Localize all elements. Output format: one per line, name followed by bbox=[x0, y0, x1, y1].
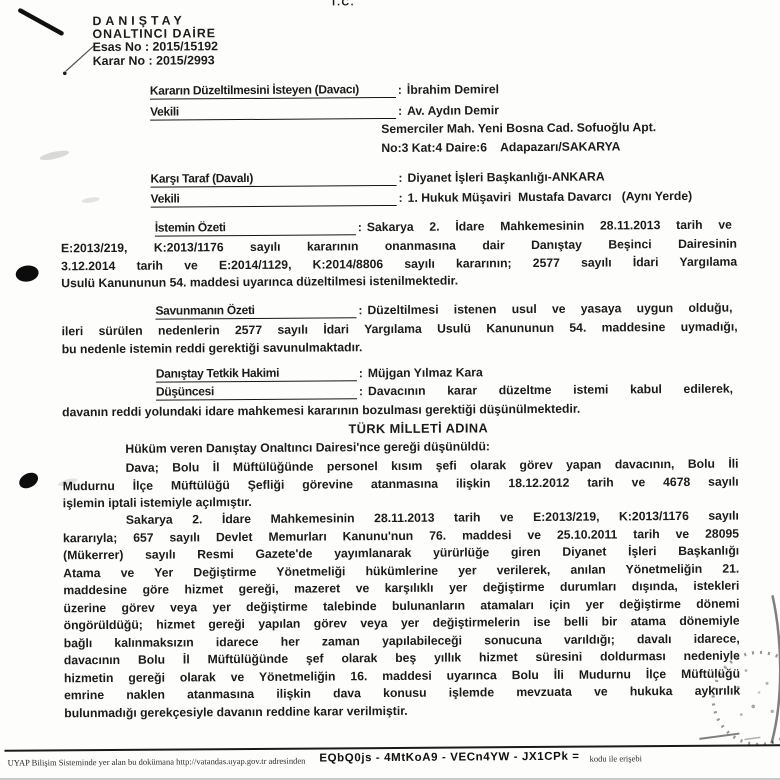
rapporteur-judge-label: Danıştay Tetkik Hakimi bbox=[156, 365, 357, 382]
ruling-intro: Hüküm veren Danıştay Onaltıncı Dairesi'n… bbox=[125, 439, 490, 456]
colon-separator: : bbox=[358, 220, 362, 235]
judge-opinion-first-line: Davacının karar düzeltme istemi kabul ed… bbox=[368, 382, 733, 400]
judge-opinion-label: Düşüncesi bbox=[156, 383, 357, 400]
colon-separator: : bbox=[398, 104, 402, 119]
rapporteur-judge-row: Danıştay Tetkik Hakimi : Müjgan Yılmaz K… bbox=[156, 364, 483, 382]
request-summary-paragraph: E:2013/219, K:2013/1176 sayılı kararının… bbox=[61, 236, 737, 293]
request-summary-first-line: Sakarya 2. İdare Mahkemesinin 28.11.2013… bbox=[367, 218, 732, 236]
stamp-speck bbox=[771, 710, 774, 713]
attorney-label: Vekili bbox=[151, 190, 397, 208]
request-summary-label: İstemin Özeti bbox=[155, 219, 356, 236]
request-summary-row: İstemin Özeti : Sakarya 2. İdare Mahkeme… bbox=[155, 217, 732, 237]
colon-separator: : bbox=[399, 191, 403, 206]
pen-dot-mark bbox=[63, 71, 67, 75]
hole-punch-dot bbox=[16, 470, 40, 492]
court-header: DANIŞTAY ONALTINCI DAİRE Esas No : 2015/… bbox=[92, 14, 218, 68]
defense-summary-paragraph: ileri sürülen nedenlerin 2577 sayılı İda… bbox=[62, 319, 738, 359]
defense-summary-first-line: Düzeltilmesi istenen usul ve yasaya uygu… bbox=[367, 301, 732, 319]
court-decision-paragraph: Sakarya 2. İdare Mahkemesinin 28.11.2013… bbox=[63, 508, 740, 723]
stamp-speck bbox=[766, 682, 769, 685]
attorney-address-line: Semerciler Mah. Yeni Bosna Cad. Sofuoğlu… bbox=[381, 120, 656, 136]
smudge-mark bbox=[81, 196, 100, 204]
page-edge-shadow bbox=[770, 595, 780, 743]
ink-dash-mark bbox=[699, 734, 739, 739]
plaintiff-label: Kararın Düzeltilmesini İsteyen (Davacı) bbox=[150, 82, 396, 100]
uyap-footer: UYAP Bilişim Sisteminde yer alan bu dokü… bbox=[8, 750, 642, 767]
plaintiff-name: İbrahim Demirel bbox=[407, 82, 499, 98]
stamp-speck bbox=[758, 691, 761, 694]
defense-summary-row: Savunmanın Özeti : Düzeltilmesi istenen … bbox=[155, 300, 732, 320]
colon-separator: : bbox=[359, 366, 363, 381]
text-line: Usulü Kanununun 54. maddesi uyarınca düz… bbox=[61, 271, 737, 293]
case-description-paragraph: Dava; Bolu İl Müftülüğünde personel kısı… bbox=[62, 456, 738, 513]
colon-separator: : bbox=[359, 384, 363, 399]
uyap-footer-suffix: kodu ile erişebi bbox=[589, 750, 641, 763]
pen-check-mark bbox=[20, 10, 61, 33]
uyap-footer-prefix: UYAP Bilişim Sisteminde yer alan bu dokü… bbox=[8, 753, 306, 768]
plaintiff-row: Kararın Düzeltilmesini İsteyen (Davacı) … bbox=[150, 81, 499, 99]
colon-separator: : bbox=[358, 303, 362, 318]
attorney-address-line: No:3 Kat:4 Daire:6 Adapazarı/SAKARYA bbox=[381, 139, 620, 155]
uyap-access-codes: EQbQ0js - 4MtKoA9 - VECn4YW - JX1CPk = bbox=[319, 751, 579, 765]
plaintiff-attorney-row: Vekili : Av. Aydın Demir bbox=[150, 102, 499, 120]
colon-separator: : bbox=[398, 171, 402, 186]
footer-divider bbox=[5, 744, 780, 752]
ruling-heading: TÜRK MİLLETİ ADINA bbox=[62, 419, 738, 439]
defendant-row: Karşı Taraf (Davalı) : Diyanet İşleri Ba… bbox=[150, 168, 604, 187]
stamp-speck bbox=[751, 705, 755, 709]
pen-line-mark bbox=[66, 46, 94, 71]
scanned-court-document: T.C. DANIŞTAY ONALTINCI DAİRE Esas No : … bbox=[0, 0, 780, 780]
ink-dash-mark bbox=[744, 737, 760, 739]
hole-punch-dot bbox=[15, 264, 40, 283]
decision-number: Karar No : 2015/2993 bbox=[93, 54, 218, 68]
smudge-mark bbox=[39, 149, 70, 162]
attorney-name: Av. Aydın Demir bbox=[407, 103, 499, 119]
stamp-speck bbox=[745, 669, 748, 672]
colon-separator: : bbox=[398, 83, 402, 98]
defendant-label: Karşı Taraf (Davalı) bbox=[150, 170, 396, 188]
tc-republic-mark: T.C. bbox=[330, 0, 355, 8]
defense-summary-label: Savunmanın Özeti bbox=[155, 302, 356, 319]
document-sheet: T.C. DANIŞTAY ONALTINCI DAİRE Esas No : … bbox=[0, 0, 780, 780]
defendant-name: Diyanet İşleri Başkanlığı-ANKARA bbox=[407, 169, 604, 185]
defendant-attorney-row: Vekili : 1. Hukuk Müşaviri Mustafa Davar… bbox=[151, 188, 693, 208]
judge-opinion-row: Düşüncesi : Davacının karar düzeltme ist… bbox=[156, 381, 733, 401]
attorney-name: 1. Hukuk Müşaviri Mustafa Davarcı (Aynı … bbox=[408, 189, 693, 206]
attorney-label: Vekili bbox=[150, 103, 396, 121]
rapporteur-judge-name: Müjgan Yılmaz Kara bbox=[368, 365, 483, 381]
